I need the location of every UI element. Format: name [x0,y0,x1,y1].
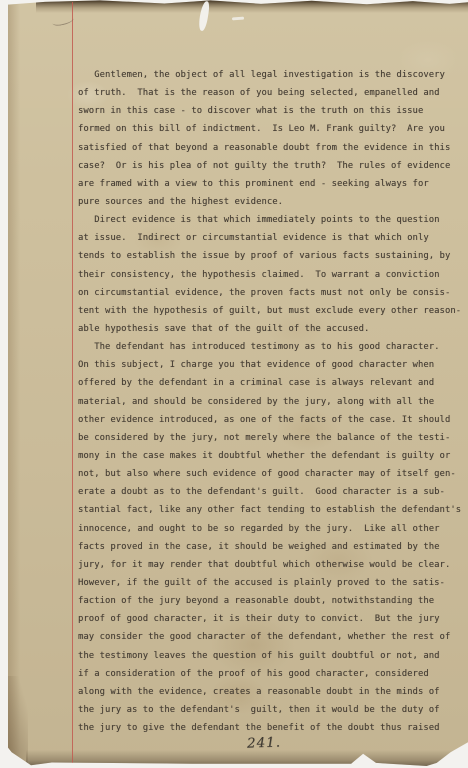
text-line: tent with the hypothesis of guilt, but m… [78,302,464,320]
text-line: able hypothesis save that of the guilt o… [78,320,464,338]
text-line: The defendant has introduced testimony a… [78,338,464,356]
paper-top-edge [36,0,468,13]
text-line: at issue. Indirect or circumstantial evi… [78,229,464,247]
text-line: the jury as to the defendant's guilt, th… [78,701,464,719]
text-line: the testimony leaves the question of his… [78,647,464,665]
white-blemish-mark [384,13,398,29]
text-line: case? Or is his plea of not guilty the t… [78,157,464,175]
text-line: Direct evidence is that which immediatel… [78,211,464,229]
text-line: erate a doubt as to the defendant's guil… [78,483,464,501]
text-line: along with the evidence, creates a reaso… [78,683,464,701]
page-number: 241. [224,734,305,753]
text-line: material, and should be considered by th… [78,393,464,411]
text-line: on circumstantial evidence, the proven f… [78,284,464,302]
text-line: faction of the jury beyond a reasonable … [78,592,464,610]
text-line: innocence, and ought to be so regarded b… [78,520,464,538]
text-line: formed on this bill of indictment. Is Le… [78,120,464,138]
text-line: tends to establish the issue by proof of… [78,247,464,265]
paper-corner-shadow [8,676,28,766]
red-margin-line [72,2,73,763]
paper-scratch-mark [232,17,244,21]
document-text: Gentlemen, the object of all legal inves… [78,66,464,737]
text-line: not, but also where such evidence of goo… [78,465,464,483]
text-line: pure sources and the highest evidence. [78,193,464,211]
text-line: sworn in this case - to discover what is… [78,102,464,120]
paper-tear-mark [198,1,211,32]
text-line: Gentlemen, the object of all legal inves… [78,66,464,84]
document-page: Gentlemen, the object of all legal inves… [8,0,468,766]
text-line: their consistency, the hypothesis claime… [78,266,464,284]
text-line: are framed with a view to this prominent… [78,175,464,193]
text-line: stantial fact, like any other fact tendi… [78,501,464,519]
scan-background: Gentlemen, the object of all legal inves… [0,0,468,768]
text-line: proof of good character, it is their dut… [78,610,464,628]
text-line: satisfied of that beyond a reasonable do… [78,139,464,157]
text-line: On this subject, I charge you that evide… [78,356,464,374]
text-line: other evidence introduced, as one of the… [78,411,464,429]
text-line: of truth. That is the reason of you bein… [78,84,464,102]
text-line: jury, for it may render that doubtful wh… [78,556,464,574]
text-line: be considered by the jury, not merely wh… [78,429,464,447]
text-line: However, if the guilt of the accused is … [78,574,464,592]
text-line: facts proved in the case, it should be w… [78,538,464,556]
paper-left-edge [8,0,20,766]
text-line: offered by the defendant in a criminal c… [78,374,464,392]
paper-bottom-edge [26,750,468,766]
pencil-mark [51,14,74,27]
text-line: if a consideration of the proof of his g… [78,665,464,683]
text-line: may consider the good character of the d… [78,628,464,646]
text-line: mony in the case makes it doubtful wheth… [78,447,464,465]
